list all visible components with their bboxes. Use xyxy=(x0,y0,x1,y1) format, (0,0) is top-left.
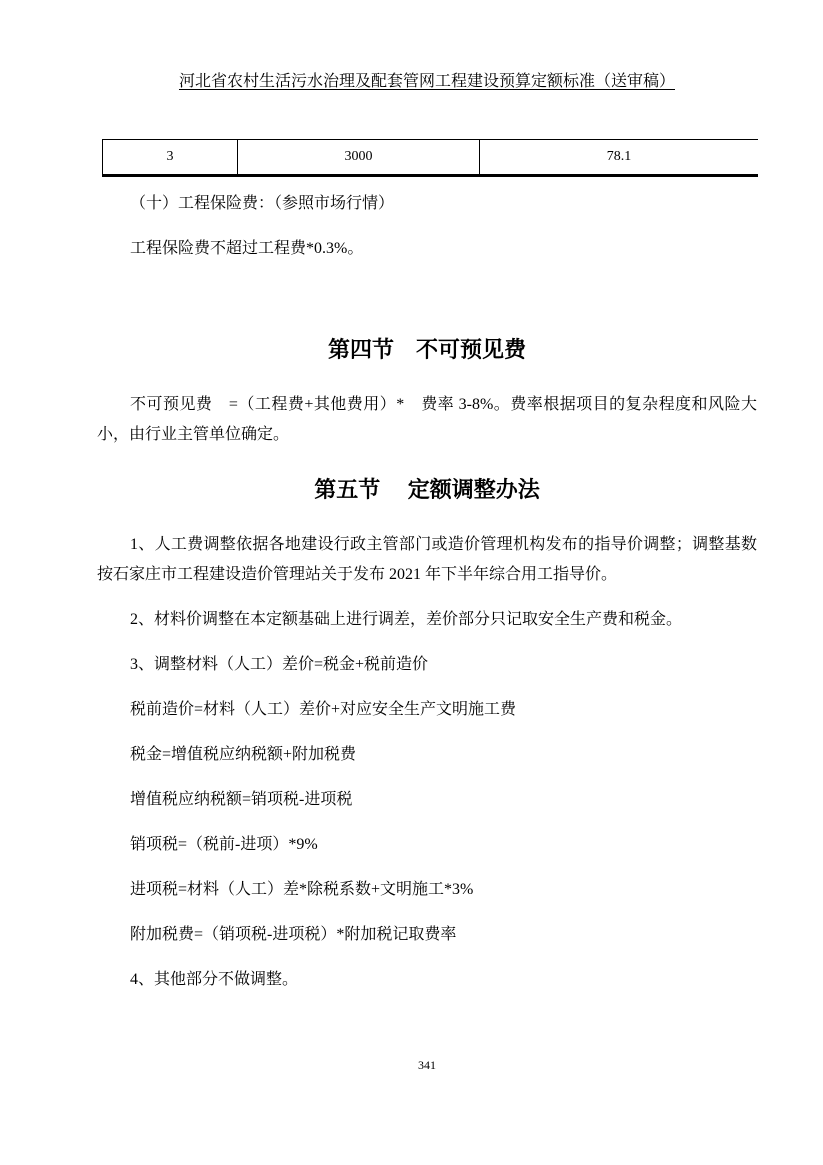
section4-heading: 第四节 不可预见费 xyxy=(97,332,757,368)
section5-heading: 第五节 定额调整办法 xyxy=(97,472,757,508)
table-cell-col1: 3 xyxy=(103,140,238,176)
section5-item-3: 3、调整材料（人工）差价=税金+税前造价 xyxy=(97,650,757,680)
document-header-title: 河北省农村生活污水治理及配套管网工程建设预算定额标准（送审稿） xyxy=(97,71,757,93)
fee-table: 3 3000 78.1 xyxy=(102,139,758,177)
page-number: 341 xyxy=(97,1057,757,1073)
section5-formula-output-tax: 销项税=（税前-进项）*9% xyxy=(97,830,757,860)
section5-formula-vat: 增值税应纳税额=销项税-进项税 xyxy=(97,785,757,815)
insurance-fee-heading: （十）工程保险费：（参照市场行情） xyxy=(97,189,757,219)
section5-item-2: 2、材料价调整在本定额基础上进行调差，差价部分只记取安全生产费和税金。 xyxy=(97,605,757,635)
page-content: 河北省农村生活污水治理及配套管网工程建设预算定额标准（送审稿） 3 3000 7… xyxy=(0,71,823,1073)
table-cell-col2: 3000 xyxy=(238,140,480,176)
section5-item-4: 4、其他部分不做调整。 xyxy=(97,965,757,995)
document-page: { "header": { "title": "河北省农村生活污水治理及配套管网… xyxy=(0,0,823,1165)
section5-formula-tax: 税金=增值税应纳税额+附加税费 xyxy=(97,740,757,770)
table-row: 3 3000 78.1 xyxy=(103,140,759,176)
section5-formula-input-tax: 进项税=材料（人工）差*除税系数+文明施工*3% xyxy=(97,875,757,905)
section5-item-1: 1、人工费调整依据各地建设行政主管部门或造价管理机构发布的指导价调整；调整基数按… xyxy=(97,530,757,590)
table-cell-col3: 78.1 xyxy=(480,140,759,176)
insurance-fee-note: 工程保险费不超过工程费*0.3%。 xyxy=(97,234,757,264)
section4-body: 不可预见费 =（工程费+其他费用）* 费率 3-8%。费率根据项目的复杂程度和风… xyxy=(97,390,757,450)
section5-formula-pretax: 税前造价=材料（人工）差价+对应安全生产文明施工费 xyxy=(97,695,757,725)
section5-formula-surtax: 附加税费=（销项税-进项税）*附加税记取费率 xyxy=(97,920,757,950)
